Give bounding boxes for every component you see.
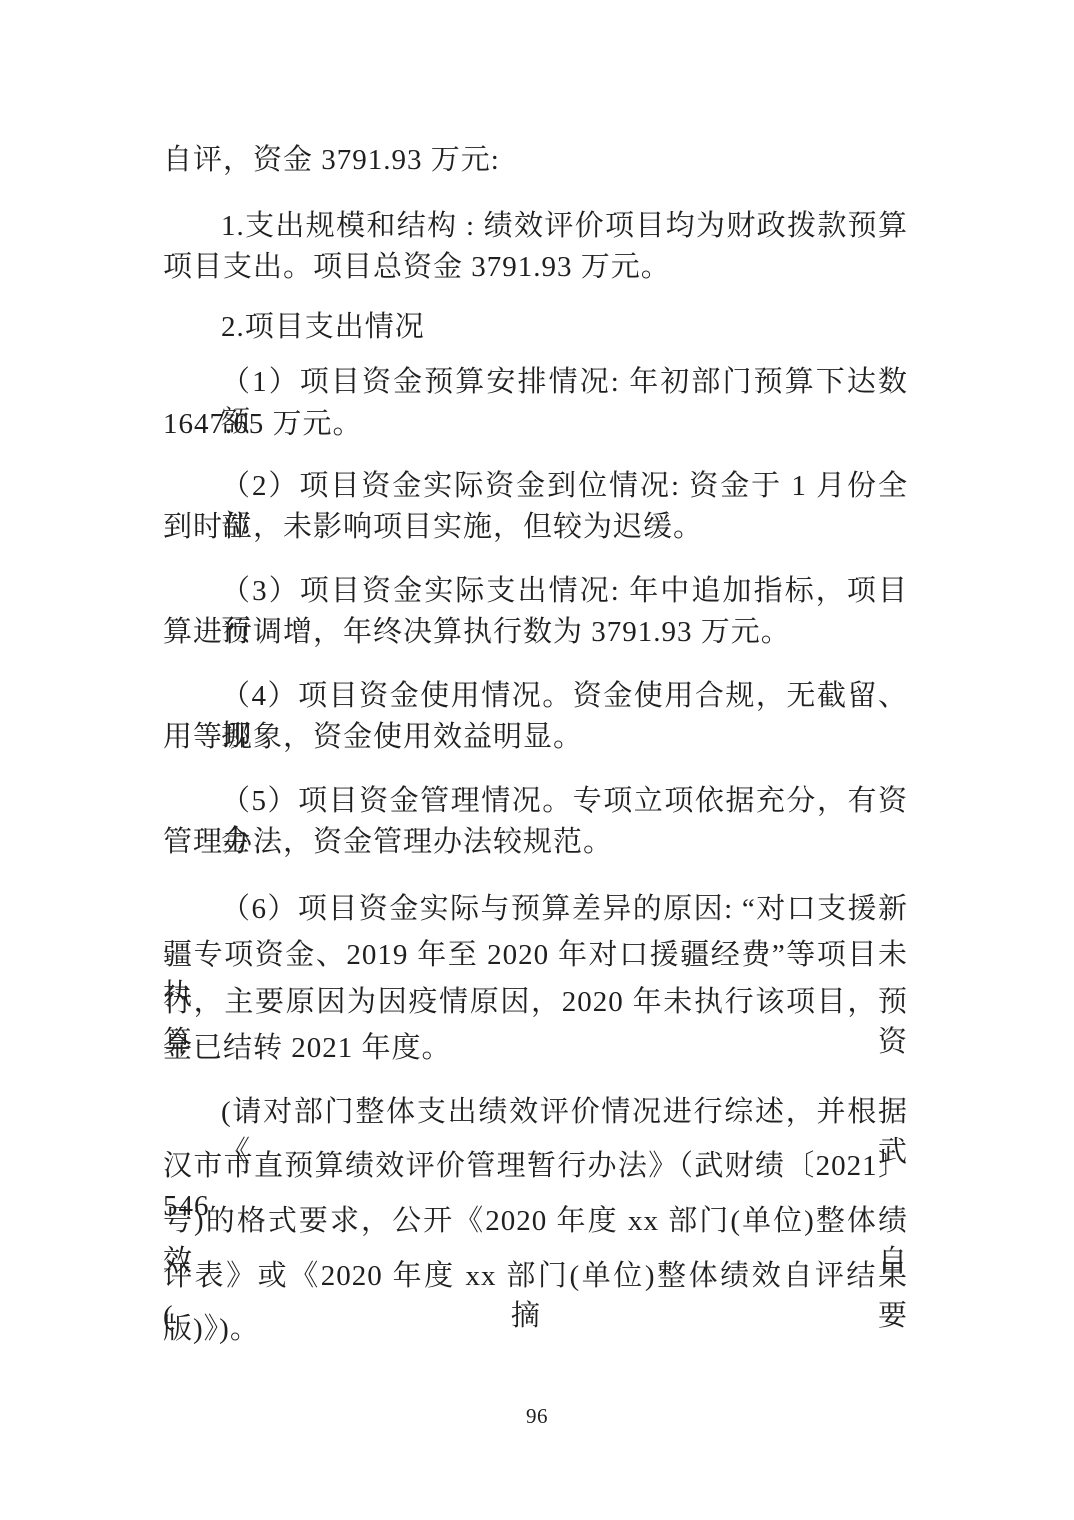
paragraph-line: 汉市市直预算绩效评价管理暂行办法》（武财绩〔2021〕546	[163, 1146, 908, 1186]
paragraph-line: 自评，资金 3791.93 万元:	[163, 140, 908, 180]
paragraph-line: （3）项目资金实际支出情况: 年中追加指标，项目预	[163, 571, 908, 611]
paragraph-line: (请对部门整体支出绩效评价情况进行综述，并根据《武	[163, 1092, 908, 1132]
paragraph-line: 到时位，未影响项目实施，但较为迟缓。	[163, 507, 908, 547]
paragraph-line: 疆专项资金、2019 年至 2020 年对口援疆经费”等项目未执	[163, 935, 908, 975]
paragraph-line: 1647.65 万元。	[163, 404, 908, 444]
document-page: 自评，资金 3791.93 万元: 1.支出规模和结构 : 绩效评价项目均为财政…	[0, 0, 1074, 1520]
paragraph-line: （1）项目资金预算安排情况: 年初部门预算下达数额	[163, 362, 908, 402]
paragraph-line: （2）项目资金实际资金到位情况: 资金于 1 月份全部	[163, 466, 908, 506]
paragraph-line: 金已结转 2021 年度。	[163, 1028, 908, 1068]
paragraph-line: 号)的格式要求，公开《2020 年度 xx 部门(单位)整体绩效自	[163, 1201, 908, 1241]
paragraph-line: 项目支出。项目总资金 3791.93 万元。	[163, 247, 908, 287]
page-number: 96	[0, 1404, 1074, 1429]
paragraph-line: 评表》或《2020 年度 xx 部门(单位)整体绩效自评结果(摘要	[163, 1256, 908, 1296]
paragraph-line: 算进行调增，年终决算执行数为 3791.93 万元。	[163, 612, 908, 652]
paragraph-line: 1.支出规模和结构 : 绩效评价项目均为财政拨款预算	[163, 206, 908, 246]
paragraph-line: 2.项目支出情况	[163, 307, 908, 347]
paragraph-line: （4）项目资金使用情况。资金使用合规，无截留、挪	[163, 676, 908, 716]
paragraph-line: （5）项目资金管理情况。专项立项依据充分，有资金	[163, 781, 908, 821]
paragraph-line: 行，主要原因为因疫情原因，2020 年未执行该项目，预算资	[163, 982, 908, 1022]
paragraph-line: 管理办法，资金管理办法较规范。	[163, 822, 908, 862]
paragraph-line: 版)》)。	[163, 1309, 908, 1349]
paragraph-line: 用等现象，资金使用效益明显。	[163, 717, 908, 757]
paragraph-line: （6）项目资金实际与预算差异的原因: “对口支援新	[163, 889, 908, 929]
